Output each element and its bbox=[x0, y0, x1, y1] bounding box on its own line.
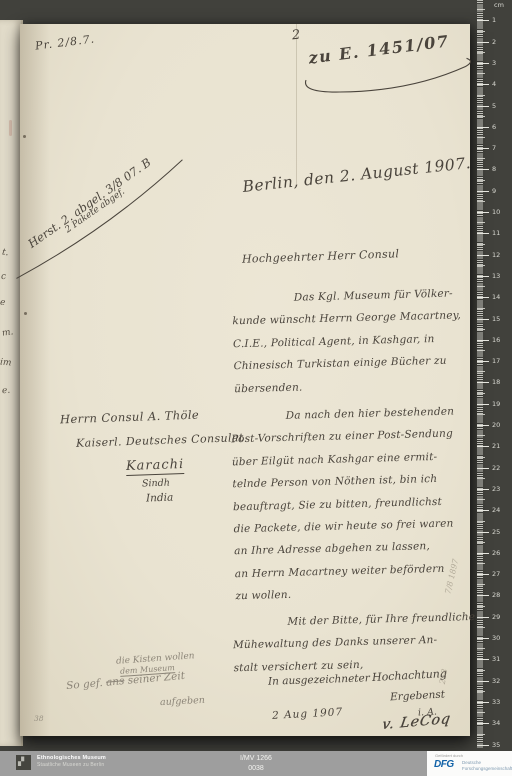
museum-logo-icon: ▞ bbox=[16, 755, 31, 770]
ruler-cm-label: 21 bbox=[492, 442, 508, 450]
ruler-cm-tick bbox=[477, 745, 489, 746]
ruler-cm-label: 20 bbox=[492, 421, 508, 429]
recipient-institution: Kaiserl. Deutsches Consulat bbox=[76, 431, 244, 450]
page-number: 2 bbox=[291, 28, 301, 44]
ruler-cm-label: 35 bbox=[492, 741, 508, 749]
ruler-cm-label: 22 bbox=[492, 464, 508, 472]
ruler-cm-tick bbox=[477, 638, 489, 639]
ruler-half-tick bbox=[477, 137, 485, 138]
ruler-cm-label: 10 bbox=[492, 208, 508, 216]
closing-phrase: Hochachtung bbox=[372, 667, 447, 684]
ruler-cm-tick bbox=[477, 382, 489, 383]
ruler-cm-tick bbox=[477, 106, 489, 107]
ruler-cm-tick bbox=[477, 425, 489, 426]
recipient-name: Herrn Consul A. Thöle bbox=[60, 408, 200, 427]
dfg-logo-patch: Gefördert durch DFG Deutsche Forschungsg… bbox=[427, 751, 512, 776]
ruler-half-tick bbox=[477, 563, 485, 564]
date-received: 2 Aug 1907 bbox=[272, 706, 344, 722]
museum-logo-glyph: ▞ bbox=[18, 758, 24, 766]
ruler-cm-tick bbox=[477, 276, 489, 277]
ruler-half-tick bbox=[477, 734, 485, 735]
image-number: 0038 bbox=[196, 764, 316, 774]
dust-speck bbox=[23, 135, 26, 138]
ruler-cm-tick bbox=[477, 532, 489, 533]
closing-phrase: Ergebenst bbox=[390, 689, 445, 704]
inventory-id-block: I/MV 1266 0038 bbox=[196, 754, 316, 774]
ruler-cm-label: 27 bbox=[492, 570, 508, 578]
ruler-cm-tick bbox=[477, 702, 489, 703]
ruler-cm-tick bbox=[477, 63, 489, 64]
inventory-number: I/MV 1266 bbox=[196, 754, 316, 764]
dust-speck bbox=[24, 312, 27, 315]
ruler-cm-tick bbox=[477, 297, 489, 298]
recipient-region: Sindh bbox=[142, 478, 170, 490]
ruler-half-tick bbox=[477, 158, 485, 159]
ruler-cm-tick bbox=[477, 127, 489, 128]
ruler-half-tick bbox=[477, 712, 485, 713]
recipient-city: Karachi bbox=[126, 457, 185, 476]
ruler-half-tick bbox=[477, 95, 485, 96]
ruler-half-tick bbox=[477, 116, 485, 117]
ruler-half-tick bbox=[477, 286, 485, 287]
ruler-half-tick bbox=[477, 180, 485, 181]
ruler-half-tick bbox=[477, 478, 485, 479]
pencil-note-struck-word: ans bbox=[106, 675, 125, 689]
dfg-logo-icon: DFG bbox=[434, 759, 454, 770]
ruler-cm-label: 16 bbox=[492, 336, 508, 344]
ruler-half-tick bbox=[477, 584, 485, 585]
ruler-cm-tick bbox=[477, 446, 489, 447]
ruler-cm-tick bbox=[477, 42, 489, 43]
ruler-cm-tick bbox=[477, 510, 489, 511]
ruler-cm-tick bbox=[477, 553, 489, 554]
museum-name: Ethnologisches Museum bbox=[37, 755, 106, 762]
ruler-half-tick bbox=[477, 244, 485, 245]
ruler-cm-label: 32 bbox=[492, 677, 508, 685]
ruler-cm-label: 34 bbox=[492, 719, 508, 727]
ruler-half-tick bbox=[477, 222, 485, 223]
ruler-cm-label: 4 bbox=[492, 80, 508, 88]
ruler-cm-tick bbox=[477, 233, 489, 234]
ruler-cm-tick bbox=[477, 361, 489, 362]
ruler-cm-tick bbox=[477, 659, 489, 660]
ruler-half-tick bbox=[477, 691, 485, 692]
ruler-half-tick bbox=[477, 414, 485, 415]
signature: v. LeCoq bbox=[381, 711, 452, 733]
museum-parent-org: Staatliche Museen zu Berlin bbox=[37, 762, 106, 769]
handwriting-fragment: c bbox=[0, 272, 6, 282]
ruler-cm-tick bbox=[477, 255, 489, 256]
ruler-cm-label: 19 bbox=[492, 400, 508, 408]
ruler-cm-tick bbox=[477, 319, 489, 320]
pencil-note-line: aufgeben bbox=[160, 695, 205, 708]
ruler-cm-label: 31 bbox=[492, 655, 508, 663]
handwriting-fragment: e. bbox=[2, 386, 11, 397]
ruler-cm-label: 3 bbox=[492, 59, 508, 67]
ruler-cm-tick bbox=[477, 468, 489, 469]
gutter-shadow bbox=[20, 24, 50, 736]
ruler-half-tick bbox=[477, 308, 485, 309]
ruler-cm-tick bbox=[477, 681, 489, 682]
ruler-cm-label: 24 bbox=[492, 506, 508, 514]
ruler-cm-label: 12 bbox=[492, 251, 508, 259]
ruler-cm-tick bbox=[477, 340, 489, 341]
ruler-half-tick bbox=[477, 499, 485, 500]
ruler-unit-label: cm bbox=[494, 1, 504, 9]
ruler-half-tick bbox=[477, 52, 485, 53]
paragraph-3: Mit der Bitte, für Ihre freundliche Mühe… bbox=[232, 606, 486, 680]
museum-name-block: Ethnologisches Museum Staatliche Museen … bbox=[37, 755, 106, 769]
ruler-cm-label: 26 bbox=[492, 549, 508, 557]
margin-pencil-mark: 258 bbox=[438, 668, 450, 685]
pencil-page-number: 38 bbox=[34, 714, 44, 723]
ruler-half-tick bbox=[477, 627, 485, 628]
ruler-cm-label: 14 bbox=[492, 293, 508, 301]
ruler-half-tick bbox=[477, 9, 485, 10]
ruler-cm-tick bbox=[477, 148, 489, 149]
ruler-cm-label: 1 bbox=[492, 16, 508, 24]
ruler-cm-tick bbox=[477, 191, 489, 192]
ruler-half-tick bbox=[477, 435, 485, 436]
dateline: Berlin, den 2. August 1907. bbox=[242, 154, 472, 196]
ruler-half-tick bbox=[477, 329, 485, 330]
ruler-cm-tick bbox=[477, 617, 489, 618]
ruler-half-tick bbox=[477, 265, 485, 266]
ruler-cm-label: 13 bbox=[492, 272, 508, 280]
salutation: Hochgeehrter Herr Consul bbox=[242, 247, 400, 265]
ruler-cm-tick bbox=[477, 169, 489, 170]
ruler-cm-tick bbox=[477, 723, 489, 724]
funding-note: Gefördert durch bbox=[435, 753, 463, 758]
ruler-cm-tick bbox=[477, 20, 489, 21]
ruler-half-tick bbox=[477, 670, 485, 671]
paragraph-1: Das Kgl. Museum für Völker- kunde wünsch… bbox=[232, 282, 487, 401]
ruler-half-tick bbox=[477, 31, 485, 32]
ruler-cm-tick bbox=[477, 84, 489, 85]
ruler-cm-label: 25 bbox=[492, 528, 508, 536]
ruler-cm-label: 2 bbox=[492, 38, 508, 46]
handwriting-fragment: im bbox=[0, 358, 12, 369]
handwriting-fragment: e bbox=[0, 298, 6, 308]
ruler-cm-tick bbox=[477, 212, 489, 213]
handwriting-fragment: m. bbox=[1, 327, 14, 338]
ruler-half-tick bbox=[477, 521, 485, 522]
ruler-cm-label: 29 bbox=[492, 613, 508, 621]
ruler-half-tick bbox=[477, 542, 485, 543]
ruler-half-tick bbox=[477, 648, 485, 649]
fold-crease bbox=[296, 24, 297, 184]
recipient-country: India bbox=[146, 492, 174, 505]
ruler-cm-label: 23 bbox=[492, 485, 508, 493]
ruler-half-tick bbox=[477, 457, 485, 458]
ruler-cm-label: 28 bbox=[492, 591, 508, 599]
ruler-half-tick bbox=[477, 73, 485, 74]
dfg-full-name: Deutsche Forschungsgemeinschaft bbox=[462, 760, 512, 772]
ruler-cm-label: 11 bbox=[492, 229, 508, 237]
ruler-cm-label: 9 bbox=[492, 187, 508, 195]
ruler-half-tick bbox=[477, 350, 485, 351]
ruler-half-tick bbox=[477, 393, 485, 394]
ruler-half-tick bbox=[477, 606, 485, 607]
dfg-name-line: Forschungsgemeinschaft bbox=[462, 766, 512, 772]
ruler-cm-label: 33 bbox=[492, 698, 508, 706]
ruler-cm-label: 8 bbox=[492, 165, 508, 173]
ruler-half-tick bbox=[477, 371, 485, 372]
ruler-cm-label: 6 bbox=[492, 123, 508, 131]
ruler-cm-label: 7 bbox=[492, 144, 508, 152]
document-page: Pr. 2/8.7. 2 zu E. 1451/07 Berlin, den 2… bbox=[20, 24, 470, 736]
closing-phrase: In ausgezeichneter bbox=[268, 672, 370, 688]
ruler-cm-label: 18 bbox=[492, 378, 508, 386]
ruler-cm-label: 15 bbox=[492, 315, 508, 323]
paper-stain bbox=[9, 120, 12, 136]
ruler-cm-label: 30 bbox=[492, 634, 508, 642]
ruler-cm-label: 5 bbox=[492, 102, 508, 110]
ruler: cm 1234567891011121314151617181920212223… bbox=[476, 0, 512, 776]
ruler-cm-tick bbox=[477, 595, 489, 596]
ruler-cm-tick bbox=[477, 489, 489, 490]
ruler-cm-tick bbox=[477, 404, 489, 405]
footer-bar: ▞ Ethnologisches Museum Staatliche Musee… bbox=[0, 751, 512, 776]
ruler-half-tick bbox=[477, 201, 485, 202]
ruler-mm-ticks bbox=[477, 0, 483, 748]
scan-viewer: t. c e m. im e. Pr. 2/8.7. 2 zu E. 1451/… bbox=[0, 0, 512, 776]
pencil-note-part: So gef. bbox=[66, 677, 104, 692]
ruler-cm-tick bbox=[477, 574, 489, 575]
ruler-cm-label: 17 bbox=[492, 357, 508, 365]
